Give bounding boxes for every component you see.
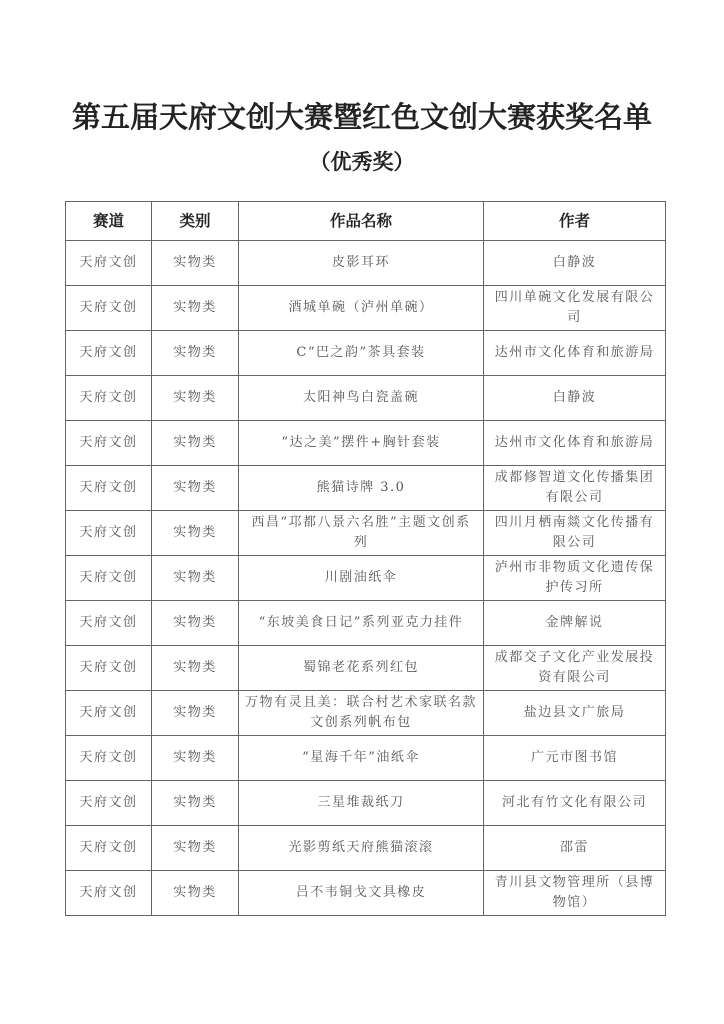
cell-author: 成都交子文化产业发展投资有限公司 <box>484 646 666 691</box>
header-track: 赛道 <box>66 202 152 241</box>
cell-work-name: 皮影耳环 <box>239 241 484 286</box>
cell-category: 实物类 <box>152 376 239 421</box>
table-row: 天府文创实物类太阳神鸟白瓷盖碗白静波 <box>66 376 666 421</box>
table-row: 天府文创实物类“东坡美食日记”系列亚克力挂件金牌解说 <box>66 601 666 646</box>
cell-work-name: “东坡美食日记”系列亚克力挂件 <box>239 601 484 646</box>
cell-author: 达州市文化体育和旅游局 <box>484 331 666 376</box>
cell-work-name: 吕不韦铜戈文具橡皮 <box>239 871 484 916</box>
table-row: 天府文创实物类川剧油纸伞泸州市非物质文化遗传保护传习所 <box>66 556 666 601</box>
awards-table: 赛道 类别 作品名称 作者 天府文创实物类皮影耳环白静波天府文创实物类酒城单碗（… <box>65 201 666 916</box>
cell-work-name: “星海千年”油纸伞 <box>239 736 484 781</box>
cell-track: 天府文创 <box>66 421 152 466</box>
cell-track: 天府文创 <box>66 466 152 511</box>
header-author: 作者 <box>484 202 666 241</box>
document-subtitle: （优秀奖） <box>0 146 724 176</box>
table-header-row: 赛道 类别 作品名称 作者 <box>66 202 666 241</box>
document-title: 第五届天府文创大赛暨红色文创大赛获奖名单 <box>0 95 724 136</box>
table-row: 天府文创实物类光影剪纸天府熊猫滚滚邵雷 <box>66 826 666 871</box>
cell-track: 天府文创 <box>66 781 152 826</box>
cell-author: 邵雷 <box>484 826 666 871</box>
table-row: 天府文创实物类皮影耳环白静波 <box>66 241 666 286</box>
cell-author: 达州市文化体育和旅游局 <box>484 421 666 466</box>
cell-work-name: 蜀锦老花系列红包 <box>239 646 484 691</box>
cell-track: 天府文创 <box>66 736 152 781</box>
cell-category: 实物类 <box>152 691 239 736</box>
cell-author: 金牌解说 <box>484 601 666 646</box>
cell-work-name: 三星堆裁纸刀 <box>239 781 484 826</box>
header-category: 类别 <box>152 202 239 241</box>
cell-category: 实物类 <box>152 241 239 286</box>
cell-work-name: 万物有灵且美：联合村艺术家联名款文创系列帆布包 <box>239 691 484 736</box>
cell-work-name: 酒城单碗（泸州单碗） <box>239 286 484 331</box>
cell-category: 实物类 <box>152 421 239 466</box>
cell-category: 实物类 <box>152 871 239 916</box>
cell-category: 实物类 <box>152 286 239 331</box>
cell-author: 白静波 <box>484 376 666 421</box>
cell-track: 天府文创 <box>66 376 152 421</box>
table-row: 天府文创实物类万物有灵且美：联合村艺术家联名款文创系列帆布包盐边县文广旅局 <box>66 691 666 736</box>
table-row: 天府文创实物类吕不韦铜戈文具橡皮青川县文物管理所（县博物馆） <box>66 871 666 916</box>
cell-track: 天府文创 <box>66 601 152 646</box>
cell-category: 实物类 <box>152 511 239 556</box>
cell-work-name: 熊猫诗牌 3.0 <box>239 466 484 511</box>
cell-category: 实物类 <box>152 736 239 781</box>
cell-category: 实物类 <box>152 466 239 511</box>
cell-category: 实物类 <box>152 826 239 871</box>
cell-category: 实物类 <box>152 646 239 691</box>
table-row: 天府文创实物类酒城单碗（泸州单碗）四川单碗文化发展有限公司 <box>66 286 666 331</box>
table-row: 天府文创实物类“达之美”摆件+胸针套装达州市文化体育和旅游局 <box>66 421 666 466</box>
cell-author: 青川县文物管理所（县博物馆） <box>484 871 666 916</box>
cell-author: 河北有竹文化有限公司 <box>484 781 666 826</box>
cell-author: 四川单碗文化发展有限公司 <box>484 286 666 331</box>
table-row: 天府文创实物类三星堆裁纸刀河北有竹文化有限公司 <box>66 781 666 826</box>
cell-track: 天府文创 <box>66 331 152 376</box>
cell-track: 天府文创 <box>66 241 152 286</box>
cell-track: 天府文创 <box>66 826 152 871</box>
table-row: 天府文创实物类“星海千年”油纸伞广元市图书馆 <box>66 736 666 781</box>
cell-author: 白静波 <box>484 241 666 286</box>
cell-track: 天府文创 <box>66 556 152 601</box>
cell-work-name: 太阳神鸟白瓷盖碗 <box>239 376 484 421</box>
cell-author: 泸州市非物质文化遗传保护传习所 <box>484 556 666 601</box>
cell-category: 实物类 <box>152 556 239 601</box>
cell-work-name: “达之美”摆件+胸针套装 <box>239 421 484 466</box>
cell-work-name: 川剧油纸伞 <box>239 556 484 601</box>
cell-work-name: 光影剪纸天府熊猫滚滚 <box>239 826 484 871</box>
cell-category: 实物类 <box>152 331 239 376</box>
cell-category: 实物类 <box>152 781 239 826</box>
cell-track: 天府文创 <box>66 286 152 331</box>
cell-track: 天府文创 <box>66 871 152 916</box>
cell-author: 四川月栖南燚文化传播有限公司 <box>484 511 666 556</box>
table-row: 天府文创实物类C“巴之韵”茶具套装达州市文化体育和旅游局 <box>66 331 666 376</box>
table-row: 天府文创实物类蜀锦老花系列红包成都交子文化产业发展投资有限公司 <box>66 646 666 691</box>
cell-track: 天府文创 <box>66 646 152 691</box>
table-row: 天府文创实物类熊猫诗牌 3.0成都修智道文化传播集团有限公司 <box>66 466 666 511</box>
cell-author: 成都修智道文化传播集团有限公司 <box>484 466 666 511</box>
cell-category: 实物类 <box>152 601 239 646</box>
cell-track: 天府文创 <box>66 511 152 556</box>
cell-author: 广元市图书馆 <box>484 736 666 781</box>
table-row: 天府文创实物类西昌“邛都八景六名胜”主题文创系列四川月栖南燚文化传播有限公司 <box>66 511 666 556</box>
header-work-name: 作品名称 <box>239 202 484 241</box>
cell-author: 盐边县文广旅局 <box>484 691 666 736</box>
cell-work-name: 西昌“邛都八景六名胜”主题文创系列 <box>239 511 484 556</box>
cell-track: 天府文创 <box>66 691 152 736</box>
cell-work-name: C“巴之韵”茶具套装 <box>239 331 484 376</box>
